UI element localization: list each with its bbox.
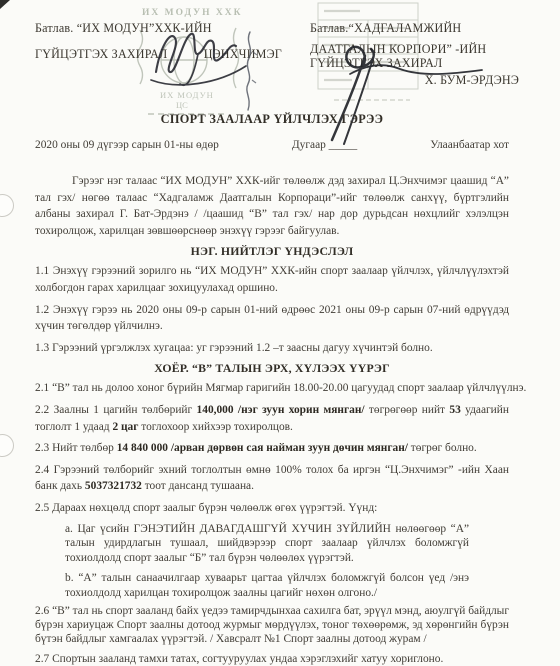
clause-2-1: 2.1 “В” тал нь долоо хоног бүрийн Мягмар… xyxy=(35,380,509,397)
clause-2-2: 2.2 Заалны 1 цагийн төлбөрийг 140,000 /н… xyxy=(35,402,509,435)
punch-hole-bottom xyxy=(0,434,14,457)
total-fee-value: 14 840 000 /арван дөрвөн сая найман зуун… xyxy=(117,442,408,454)
stamp-bottom-text: ИХ МОДУН xyxy=(160,90,214,100)
dateline: 2020 оны 09 дүгээр сарын 01-ны өдөр Дуга… xyxy=(35,139,509,151)
clause-2-3-text: 2.3 Нийт төлбөр xyxy=(35,442,117,454)
approval-left-line2: ГҮЙЦЭТГЭХ ЗАХИРАЛ xyxy=(35,47,167,62)
approval-right-signer: Х. БУМ-ЭРДЭНЭ xyxy=(310,73,525,88)
sessions-count-value: 53 xyxy=(449,404,460,416)
clause-1-2: 1.2 Энэхүү гэрээ нь 2020 оны 09-р сарын … xyxy=(35,302,509,335)
approval-left-signer: ЦЭНХЧИМЭГ xyxy=(204,47,282,62)
clause-2-4-text: тоот дансанд тушаана. xyxy=(142,480,254,492)
stamp-bottom-text-2: ЦС xyxy=(176,100,188,110)
approval-right-line2: ДААТГАЛЫН КОРПОРИ” -ИЙН xyxy=(310,42,525,57)
clause-2-3: 2.3 Нийт төлбөр 14 840 000 /арван дөрвөн… xyxy=(35,440,509,457)
hours-per-session-value: 2 цаг xyxy=(112,421,138,433)
document-body: СПОРТ ЗААЛААР ҮЙЛЧЛЭХ ГЭРЭЭ 2020 оны 09 … xyxy=(35,112,509,666)
city-text: Улаанбаатар хот xyxy=(430,139,509,151)
clause-2-4: 2.4 Гэрээний төлборийг эхний тоглолтын ө… xyxy=(35,462,509,495)
section2-heading: ХОЁР. “В” ТАЛЫН ЭРХ, ХҮЛЭЭХ ҮҮРЭГ xyxy=(35,361,509,376)
scan-corner-artifact xyxy=(0,0,10,9)
bank-account-number: 5037321732 xyxy=(85,480,142,492)
clause-2-2-text: 2.2 Заалны 1 цагийн төлбөрийг xyxy=(35,404,197,416)
approval-left: Батлав. “ИХ МОДУН”ХХК-ИЙН ГҮЙЦЭТГЭХ ЗАХИ… xyxy=(35,21,295,62)
clause-2-5-a: a. Цаг үсийн ГЭНЭТИЙН ДАВАГДАШГҮЙ ХҮЧИН … xyxy=(65,522,469,566)
punch-hole-top xyxy=(0,194,14,217)
clause-2-5-b: b. “А” талын санаачилгаар хуваарьт цагта… xyxy=(65,571,469,601)
clause-2-7: 2.7 Спортын зааланд тамхи татах, согтуур… xyxy=(35,651,509,666)
date-text: 2020 оны 09 дүгээр сарын 01-ны өдөр xyxy=(35,139,219,151)
approval-right: Батлав.“ХАДГАЛАМЖИЙН ДААТГАЛЫН КОРПОРИ” … xyxy=(310,21,525,88)
approval-left-line1: Батлав. “ИХ МОДУН”ХХК-ИЙН xyxy=(35,21,295,36)
approval-right-line1: Батлав.“ХАДГАЛАМЖИЙН xyxy=(310,21,525,36)
clause-2-6: 2.6 “В” тал нь спорт зааланд байх үедээ … xyxy=(35,605,509,646)
clause-2-2-text: төгрөгөөр нийт xyxy=(365,404,450,416)
document-number-label: Дугаар _____ xyxy=(292,139,357,151)
clause-2-2-text: тоглохоор хийхээр тохиролцов. xyxy=(138,421,292,433)
approval-right-line3: ГҮЙЦЭТГЭХ ЗАХИРАЛ xyxy=(310,56,525,71)
document-title: СПОРТ ЗААЛААР ҮЙЛЧЛЭХ ГЭРЭЭ xyxy=(35,112,509,127)
clause-2-5: 2.5 Дараах нөхцөлд спорт заалыг бүрэн чө… xyxy=(35,500,509,517)
section1-heading: НЭГ. НИЙТЛЭГ ҮНДЭСЛЭЛ xyxy=(35,244,509,259)
clause-2-3-text: төгрөг болно. xyxy=(408,442,477,454)
preamble-paragraph: Гэрээг нэг талаас “ИХ МОДУН” ХХК-ийг төл… xyxy=(35,173,509,239)
clause-1-3: 1.3 Гэрээний үргэлжлэх хугацаа: уг гэрээ… xyxy=(35,340,509,357)
stamp-top-text: ИХ МОДУН ХХК xyxy=(142,8,243,18)
contract-page: ИХ МОДУН ХХК ИХ МОДУН ЦС Батлав. “ИХ МОД… xyxy=(0,0,560,666)
hourly-fee-value: 140,000 /нэг зуун хорин мянган/ xyxy=(197,404,365,416)
clause-1-1: 1.1 Энэхүү гэрээний зорилго нь “ИХ МОДУН… xyxy=(35,263,509,296)
